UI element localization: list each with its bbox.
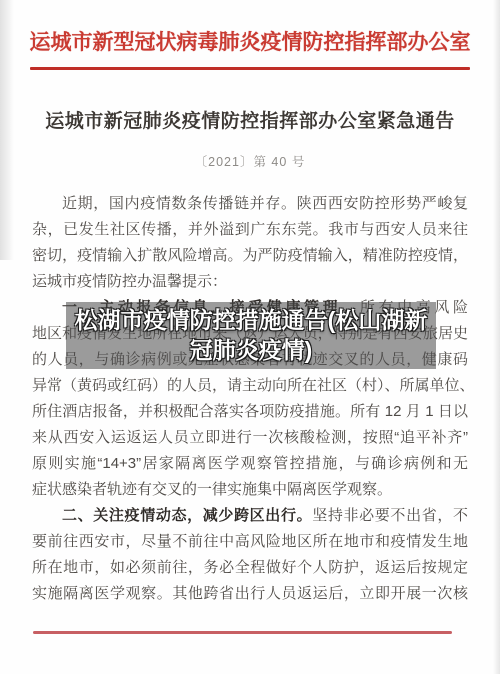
- overlay-caption-title: 松湖市疫情防控措施通告(松山湖新冠肺炎疫情): [66, 305, 436, 365]
- body-line-segment: 杂，已发生社区传播，并外溢到广东东莞。我市与西安人员来往: [32, 221, 468, 238]
- body-line-segment: 原则实施“14+3”居家隔离医学观察管控措施，与确诊病例和无: [32, 455, 468, 472]
- overlay-caption-banner: 松湖市疫情防控措施通告(松山湖新冠肺炎疫情): [66, 302, 436, 369]
- body-line: 所在地市，如必须前往，务必全程做好个人防护，返运后按规定: [32, 555, 468, 581]
- body-line: 实施隔离医学观察。其他跨省出行人员返运后，立即开展一次核: [32, 581, 468, 607]
- body-line-bold-segment: 二、关注疫情动态，减少跨区出行。: [62, 507, 312, 524]
- notice-body: 近期，国内疫情数条传播链并存。陕西西安防控形势严峻复杂，已发生社区传播，并外溢到…: [32, 191, 468, 607]
- body-line: 症状感染者轨迹有交叉的一律实施集中隔离医学观察。: [32, 477, 468, 503]
- footer-red-rule: [33, 631, 452, 634]
- body-line-segment: 实施隔离医学观察。其他跨省出行人员返运后，立即开展一次核: [32, 585, 468, 602]
- body-line-segment: 要前往西安市，尽量不前往中高风险地区所在地市和疫情发生地: [32, 533, 468, 550]
- body-line: 近期，国内疫情数条传播链并存。陕西西安防控形势严峻复: [32, 191, 468, 217]
- body-line: 要前往西安市，尽量不前往中高风险地区所在地市和疫情发生地: [32, 529, 468, 555]
- body-line: 杂，已发生社区传播，并外溢到广东东莞。我市与西安人员来往: [32, 217, 468, 243]
- body-line-segment: 异常（黄码或红码）的人员，请主动向所在社区（村）、所属单位、: [32, 377, 468, 394]
- body-line: 运城市疫情防控办温馨提示：: [32, 269, 468, 295]
- body-line: 密切，疫情输入扩散风险增高。为严防疫情输入，精准防控疫情，: [32, 243, 468, 269]
- body-line: 原则实施“14+3”居家隔离医学观察管控措施，与确诊病例和无: [32, 451, 468, 477]
- body-line-segment: 症状感染者轨迹有交叉的一律实施集中隔离医学观察。: [32, 481, 392, 498]
- body-line-segment: 所住酒店报备，并积极配合落实各项防疫措施。所有 12 月 1 日以: [32, 403, 468, 420]
- body-line-segment: 运城市疫情防控办温馨提示：: [32, 273, 227, 290]
- letterhead: 运城市新型冠状病毒肺炎疫情防控指挥部办公室: [0, 26, 500, 70]
- letterhead-org-name: 运城市新型冠状病毒肺炎疫情防控指挥部办公室: [0, 26, 500, 60]
- doc-number: 〔2021〕第 40 号: [0, 152, 500, 170]
- body-line: 异常（黄码或红码）的人员，请主动向所在社区（村）、所属单位、: [32, 373, 468, 399]
- letterhead-red-rule: [30, 67, 470, 70]
- body-line-segment: 所在地市，如必须前往，务必全程做好个人防护，返运后按规定: [32, 559, 468, 576]
- body-line-segment: 密切，疫情输入扩散风险增高。为严防疫情输入，精准防控疫情，: [32, 247, 468, 264]
- body-line: 来从西安入运返运人员立即进行一次核酸检测，按照“追平补齐”: [32, 425, 468, 451]
- scanned-notice-page: 运城市新型冠状病毒肺炎疫情防控指挥部办公室 运城市新冠肺炎疫情防控指挥部办公室紧…: [0, 0, 500, 674]
- body-line: 所住酒店报备，并积极配合落实各项防疫措施。所有 12 月 1 日以: [32, 399, 468, 425]
- body-line: 二、关注疫情动态，减少跨区出行。坚持非必要不出省，不: [32, 503, 468, 529]
- body-line-segment: 来从西安入运返运人员立即进行一次核酸检测，按照“追平补齐”: [32, 429, 468, 446]
- notice-title: 运城市新冠肺炎疫情防控指挥部办公室紧急通告: [0, 106, 500, 133]
- body-line-segment: 坚持非必要不出省，不: [312, 507, 468, 524]
- body-line-segment: 近期，国内疫情数条传播链并存。陕西西安防控形势严峻复: [62, 195, 468, 212]
